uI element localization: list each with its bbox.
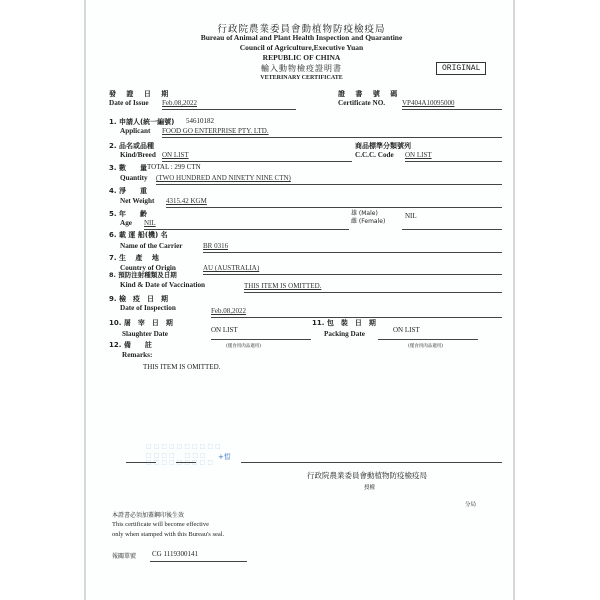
quantity-label-zh: 3. 數 量 [109, 163, 147, 173]
origin-label-zh: 7. 生 產 地 [109, 253, 159, 263]
customs-value: CG 1119300141 [152, 550, 198, 558]
customs-label: 報關單號 [112, 551, 136, 560]
ccc-value: ON LIST [405, 151, 432, 159]
vaccination-label-zh: 8. 預防注射種類及日期 [109, 270, 177, 279]
kind-label-zh: 2. 品名或品種 [109, 141, 154, 151]
slaughter-label-zh: 10. 屠 宰 日 期 [109, 318, 173, 328]
kind-value: ON LIST [162, 151, 189, 159]
remarks-label-zh: 12. 備 註 [109, 340, 152, 350]
female-label: 雌 (Female) [351, 216, 385, 225]
notice-en-2: only when stamped with this Bureau's sea… [112, 531, 224, 538]
slaughter-note: (僅食用肉品適用) [226, 343, 261, 349]
packing-note: (僅食用肉品適用) [408, 343, 443, 349]
authority-name: 行政院農業委員會動植物防疫檢疫局 [307, 470, 427, 481]
applicant-id: 54610182 [186, 117, 214, 125]
quantity-value: (TWO HUNDRED AND NINETY NINE CTN) [156, 174, 291, 182]
notice-en-1: This certificate will become effective [112, 521, 209, 528]
signature-mark: +晢 [218, 452, 231, 462]
cert-no-label: Certificate NO. [338, 99, 385, 107]
issue-date-label: Date of Issue [109, 99, 149, 107]
notice-zh: 本證書必須加蓋鋼印後生效 [112, 510, 184, 519]
vaccination-value: THIS ITEM IS OMITTED. [244, 282, 321, 290]
kind-label: Kind/Breed [120, 151, 156, 159]
net-weight-value: 4315.42 KGM [166, 197, 207, 205]
certificate-page: 行政院農業委員會動植物防疫檢疫局 Bureau of Animal and Pl… [84, 0, 515, 600]
age-label-zh: 5. 年 齡 [109, 209, 147, 219]
ccc-label: C.C.C. Code [355, 151, 394, 159]
slaughter-label: Slaughter Date [122, 330, 168, 338]
certificate-title-en: VETERINARY CERTIFICATE [86, 75, 517, 81]
council-name: Council of Agriculture,Executive Yuan [86, 43, 517, 52]
quantity-total: TOTAL : 299 CTN [147, 163, 201, 171]
applicant-label: Applicant [120, 127, 150, 135]
cert-no-label-zh: 證 書 號 碼 [338, 89, 401, 99]
carrier-label: Name of the Carrier [120, 242, 182, 250]
bureau-name-en: Bureau of Animal and Plant Health Inspec… [86, 33, 517, 42]
remarks-label: Remarks: [122, 351, 152, 359]
ccc-label-zh: 商品標準分類號列 [355, 141, 411, 151]
vaccination-label: Kind & Date of Vaccination [120, 281, 205, 289]
carrier-value: BR 0316 [203, 242, 228, 250]
slaughter-value: ON LIST [211, 326, 238, 334]
age-value: NIL [144, 219, 156, 227]
country-name: REPUBLIC OF CHINA [86, 53, 517, 62]
remarks-value: THIS ITEM IS OMITTED. [143, 363, 220, 371]
original-badge: ORIGINAL [436, 62, 486, 75]
packing-label: Packing Date [324, 330, 365, 338]
authorized-label: 授權 [364, 483, 375, 491]
age-label: Age [120, 219, 132, 227]
net-weight-label: Net Weight [120, 197, 154, 205]
sex-value: NIL [405, 212, 417, 220]
origin-value: AU (AUSTRALIA) [203, 264, 259, 272]
net-weight-label-zh: 4. 淨 重 [109, 186, 147, 196]
issue-date-label-zh: 發 證 日 期 [109, 89, 172, 99]
applicant-label-zh: 1. 申請人(統一編號) [109, 117, 174, 127]
carrier-label-zh: 6. 載 運 船(機) 名 [109, 230, 168, 240]
inspection-label-zh: 9. 檢 疫 日 期 [109, 294, 168, 304]
issue-date-value: Feb.08,2022 [162, 99, 197, 107]
inspection-value: Feb.08,2022 [211, 307, 246, 315]
packing-value: ON LIST [393, 326, 420, 334]
applicant-value: FOOD GO ENTERPRISE PTY. LTD. [162, 127, 269, 135]
packing-label-zh: 11. 包 裝 日 期 [312, 318, 376, 328]
cert-no-value: VP404A10095000 [402, 99, 455, 107]
inspection-label: Date of Inspection [120, 304, 176, 312]
quantity-label: Quantity [120, 174, 148, 182]
branch-label: 分局 [465, 500, 476, 508]
